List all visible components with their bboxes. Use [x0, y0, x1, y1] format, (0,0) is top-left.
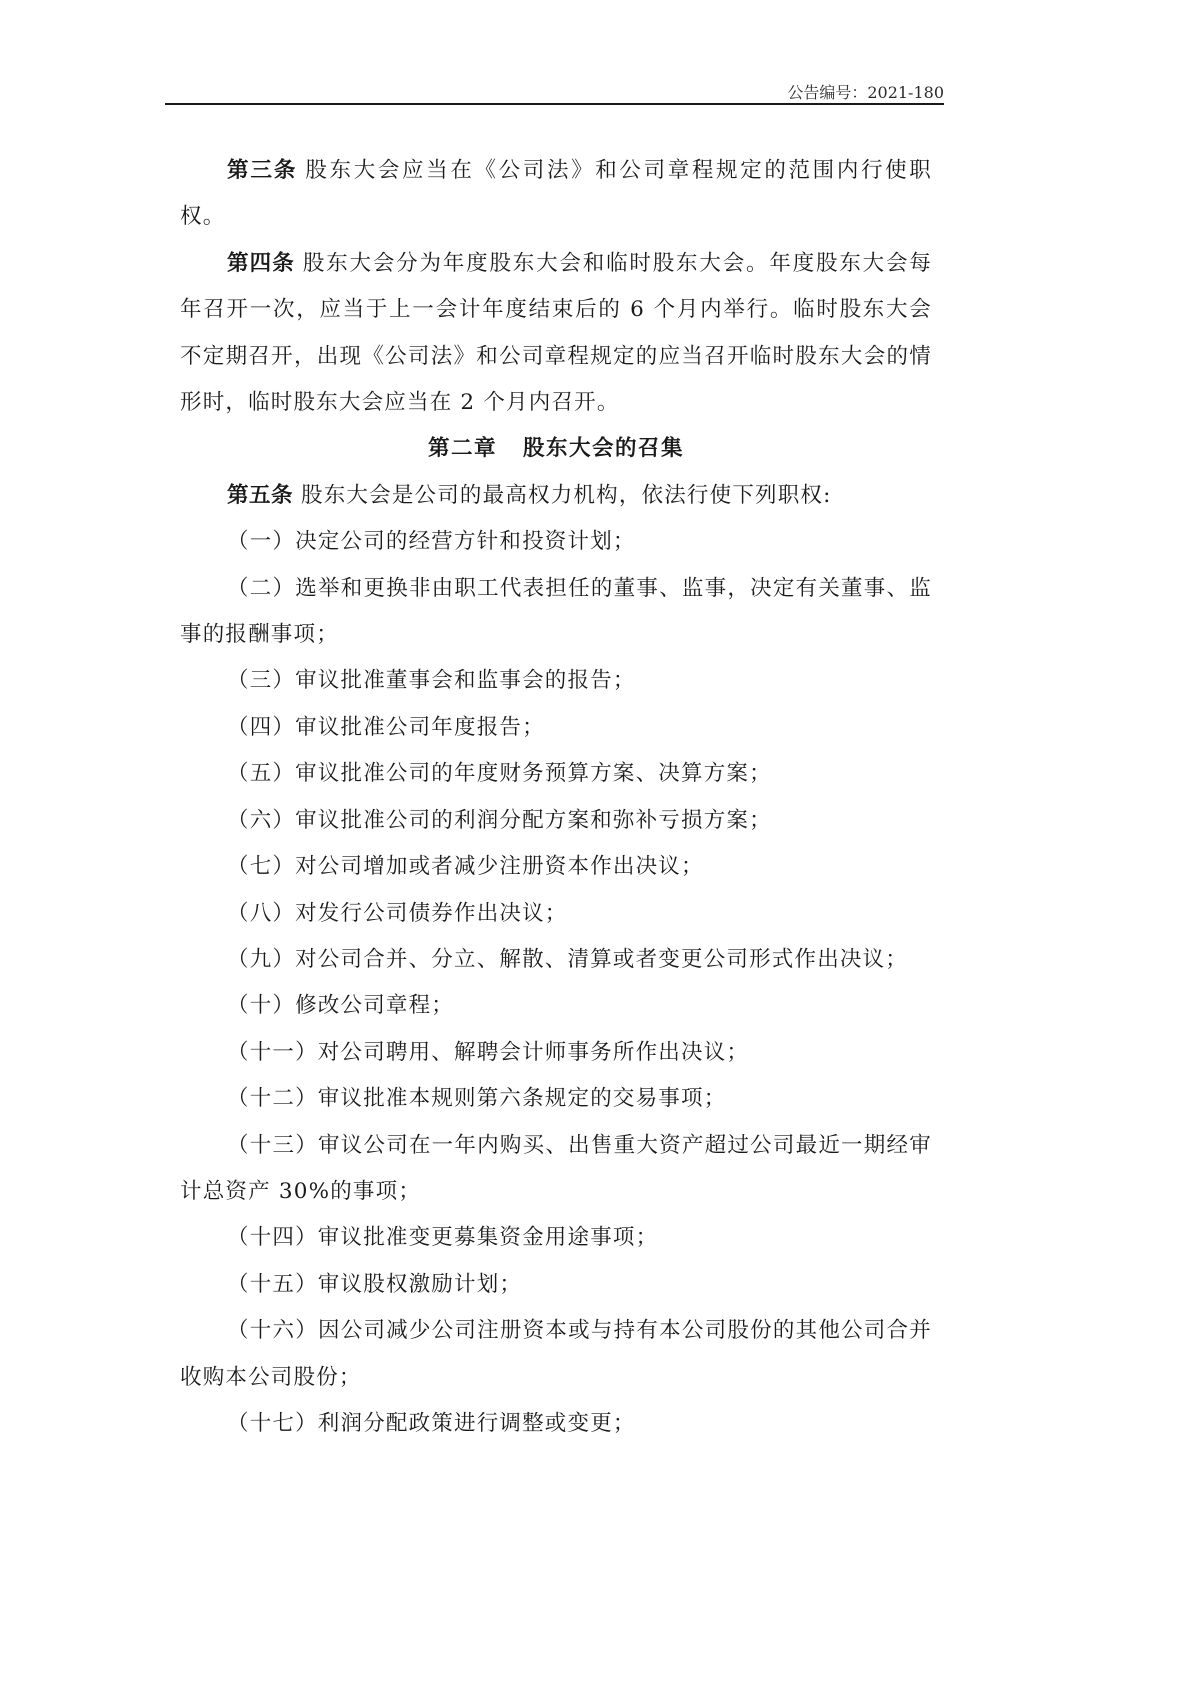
chapter-title: 股东大会的召集 — [523, 436, 684, 461]
chapter-heading: 第二章股东大会的召集 — [180, 426, 932, 472]
document-body: 第三条股东大会应当在《公司法》和公司章程规定的范围内行使职权。 第四条股东大会分… — [180, 148, 932, 1447]
power-item-11: （十一）对公司聘用、解聘会计师事务所作出决议； — [180, 1030, 932, 1076]
header-divider — [165, 103, 944, 105]
power-item-17: （十七）利润分配政策进行调整或变更； — [180, 1401, 932, 1447]
article-5: 第五条股东大会是公司的最高权力机构，依法行使下列职权: — [180, 473, 932, 519]
power-item-1: （一）决定公司的经营方针和投资计划； — [180, 519, 932, 565]
power-item-14: （十四）审议批准变更募集资金用途事项； — [180, 1215, 932, 1261]
power-item-9: （九）对公司合并、分立、解散、清算或者变更公司形式作出决议； — [180, 937, 932, 983]
power-item-2: （二）选举和更换非由职工代表担任的董事、监事，决定有关董事、监事的报酬事项； — [180, 566, 932, 659]
power-item-8: （八）对发行公司债券作出决议； — [180, 891, 932, 937]
chapter-number: 第二章 — [428, 436, 497, 461]
article-3: 第三条股东大会应当在《公司法》和公司章程规定的范围内行使职权。 — [180, 148, 932, 241]
power-item-13: （十三）审议公司在一年内购买、出售重大资产超过公司最近一期经审计总资产 30%的… — [180, 1123, 932, 1216]
power-item-6: （六）审议批准公司的利润分配方案和弥补亏损方案； — [180, 798, 932, 844]
power-item-10: （十）修改公司章程； — [180, 983, 932, 1029]
article-label: 第三条 — [227, 158, 297, 183]
article-label: 第五条 — [227, 483, 293, 508]
power-item-7: （七）对公司增加或者减少注册资本作出决议； — [180, 844, 932, 890]
power-item-16: （十六）因公司减少公司注册资本或与持有本公司股份的其他公司合并收购本公司股份； — [180, 1308, 932, 1401]
power-item-4: （四）审议批准公司年度报告； — [180, 705, 932, 751]
article-text: 股东大会是公司的最高权力机构，依法行使下列职权: — [301, 483, 832, 508]
power-item-15: （十五）审议股权激励计划； — [180, 1262, 932, 1308]
article-label: 第四条 — [227, 251, 295, 276]
announcement-number: 公告编号：2021-180 — [165, 80, 944, 102]
power-item-3: （三）审议批准董事会和监事会的报告； — [180, 658, 932, 704]
article-4: 第四条股东大会分为年度股东大会和临时股东大会。年度股东大会每年召开一次，应当于上… — [180, 241, 932, 427]
power-item-12: （十二）审议批准本规则第六条规定的交易事项； — [180, 1076, 932, 1122]
power-item-5: （五）审议批准公司的年度财务预算方案、决算方案； — [180, 751, 932, 797]
